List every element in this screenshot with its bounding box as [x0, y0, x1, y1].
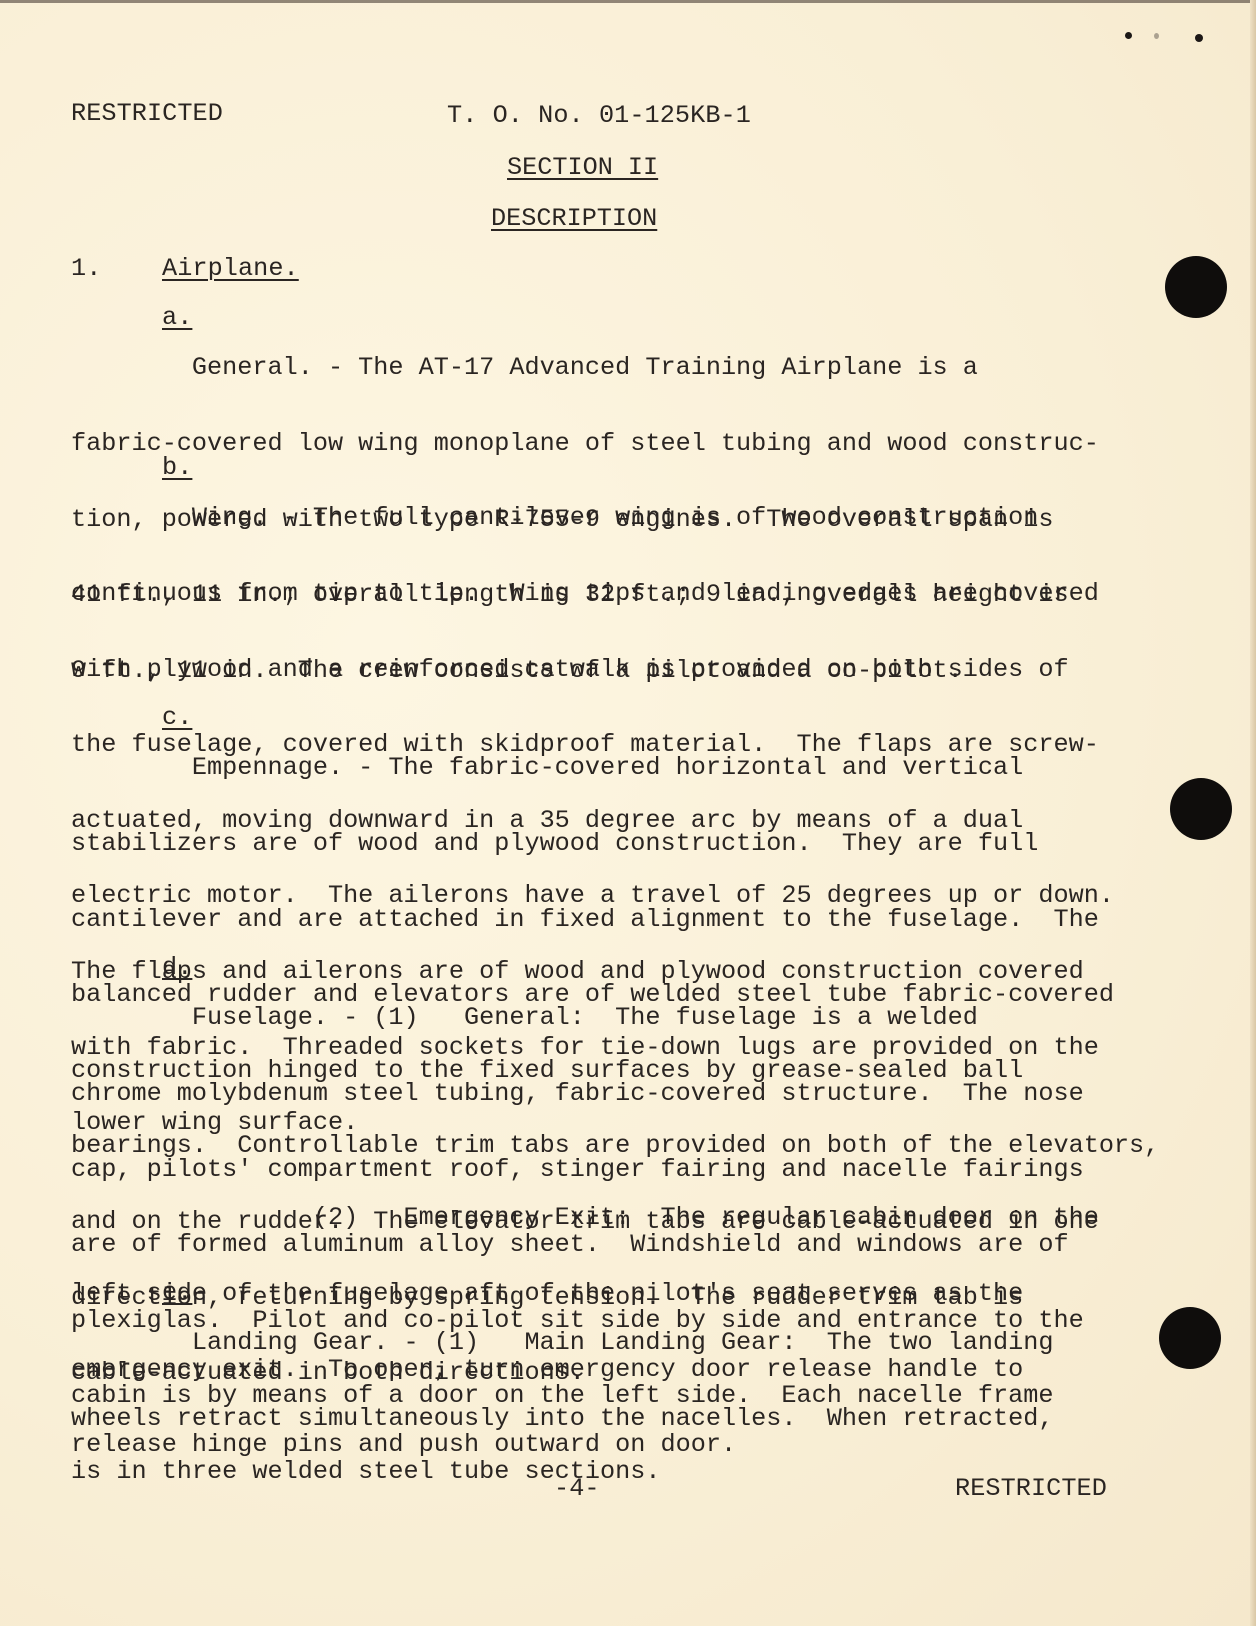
paragraph-line: Fuselage. - (1) General: The fuselage is… — [71, 1005, 1084, 1030]
paragraph-line: chrome molybdenum steel tubing, fabric-c… — [71, 1081, 1084, 1106]
page-right-edge — [1250, 0, 1256, 1626]
paragraph-c-letter: c. — [162, 705, 192, 730]
paragraph-line: fabric-covered low wing monoplane of ste… — [71, 431, 1099, 456]
page-number: -4- — [554, 1476, 600, 1501]
binder-hole-middle — [1170, 778, 1232, 840]
binder-hole-bottom — [1159, 1307, 1221, 1369]
footer-classification: RESTRICTED — [955, 1476, 1107, 1501]
paragraph-a-letter: a. — [162, 305, 192, 330]
item-1-number: 1. — [71, 256, 101, 281]
paragraph-line: Wing. - The full cantilever wing is of w… — [71, 505, 1114, 530]
speck-dot — [1125, 32, 1132, 39]
paragraph-line: with plywood and a reinforced catwalk is… — [71, 657, 1114, 682]
paragraph-line: stabilizers are of wood and plywood cons… — [71, 831, 1159, 856]
paragraph-d-letter: d. — [162, 955, 192, 980]
speck-dot — [1154, 33, 1159, 39]
page-top-edge — [0, 0, 1256, 3]
item-1-title: Airplane. — [162, 256, 299, 281]
document-number: T. O. No. 01-125KB-1 — [447, 103, 751, 128]
paragraph-line: continuous from tip to tip. Wing tips an… — [71, 581, 1114, 606]
paragraph-line: General. - The AT-17 Advanced Training A… — [71, 355, 1099, 380]
section-heading: DESCRIPTION — [491, 206, 657, 231]
paragraph-e-landing-gear: Landing Gear. - (1) Main Landing Gear: T… — [71, 1280, 1053, 1456]
paragraph-line: cantilever and are attached in fixed ali… — [71, 907, 1159, 932]
paragraph-line: Empennage. - The fabric-covered horizont… — [71, 755, 1159, 780]
binder-hole-top — [1165, 256, 1227, 318]
paragraph-b-letter: b. — [162, 455, 192, 480]
paragraph-line: wheels retract simultaneously into the n… — [71, 1406, 1053, 1431]
paragraph-line: Landing Gear. - (1) Main Landing Gear: T… — [71, 1330, 1053, 1355]
speck-dot — [1195, 34, 1203, 42]
paragraph-line: (2) Emergency Exit: The regular cabin do… — [71, 1205, 1099, 1230]
paragraph-e-letter: e. — [162, 1280, 192, 1305]
section-title: SECTION II — [507, 155, 658, 180]
header-classification: RESTRICTED — [71, 101, 223, 126]
